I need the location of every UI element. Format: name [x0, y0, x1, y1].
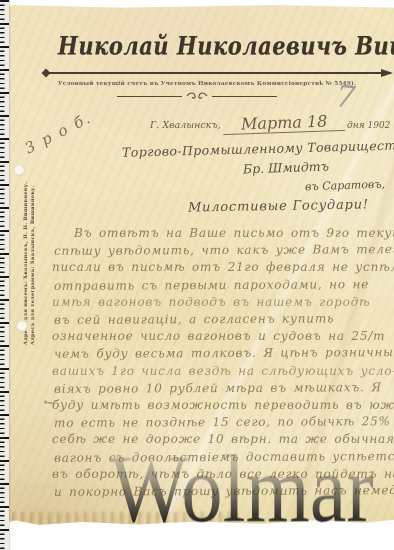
letterhead-subtitle: Условный текущій счетъ въ Учетномъ Никол… — [47, 80, 368, 87]
body-line: вашихъ 1го числа вездѣ на слѣдующихъ усл… — [52, 363, 394, 380]
divider-line-left — [117, 96, 182, 97]
scanned-letter-page: Николай Николаевичъ Вишивцевъ. Условный … — [0, 0, 394, 550]
letterhead-rule — [46, 72, 391, 74]
body-line: чемъ буду весьма толковъ. Я цѣнъ розничн… — [54, 345, 394, 364]
body-line: буду имѣть возможность переводить въ южн… — [52, 397, 394, 414]
dateline-suffix: дня 1902 г. — [347, 121, 394, 131]
punch-hole-bottom — [16, 320, 28, 332]
dateline: Г. Хвалынскъ, Марта 18 дня 1902 г. — [150, 113, 394, 133]
body-line: означенное число вагоновъ и судовъ на 25… — [52, 328, 394, 345]
dateline-month-day: Марта 18 — [222, 111, 345, 135]
body-line: Въ отвѣтъ на Ваше письмо отъ 9го текущаг… — [52, 225, 394, 242]
body-line: спѣшу увѣдомить, что какъ уже Вамъ телег… — [54, 241, 394, 260]
measuring-ruler — [0, 0, 9, 550]
addressee-line-3: въ Саратовъ, — [305, 178, 385, 194]
body-line: то есть не позднѣе 15 сего, по обычкѣ 25… — [54, 413, 394, 432]
body-line: въ сей навигаціи, а согласенъ купить — [54, 310, 394, 329]
addressee-line-2: Бр. Шмидтъ — [243, 159, 329, 177]
dateline-place: Г. Хвалынскъ, — [150, 120, 221, 131]
divider-line-right — [212, 96, 277, 97]
body-line: имѣя вагоновъ подводъ въ нашемъ городѣ — [52, 294, 394, 311]
salutation: Милостивые Государи! — [188, 197, 369, 215]
body-line: віяхъ ровно 10 рублей мѣра въ мѣшкахъ. Я — [54, 379, 394, 398]
body-line: отправить съ первыми пароходами, но не — [54, 276, 394, 295]
wolmar-watermark: Wolmar — [110, 441, 374, 537]
flourish-divider — [117, 92, 277, 100]
letterhead-name: Николай Николаевичъ Вишивцевъ. — [58, 30, 392, 61]
punch-hole-top — [13, 164, 25, 176]
body-line: писали въ письмѣ отъ 21го февраля не усп… — [52, 259, 394, 276]
margin-print-line: Адресъ для телеграммъ: Хвалынскъ, Вишивц… — [30, 233, 37, 345]
flourish-ornament — [186, 92, 208, 100]
